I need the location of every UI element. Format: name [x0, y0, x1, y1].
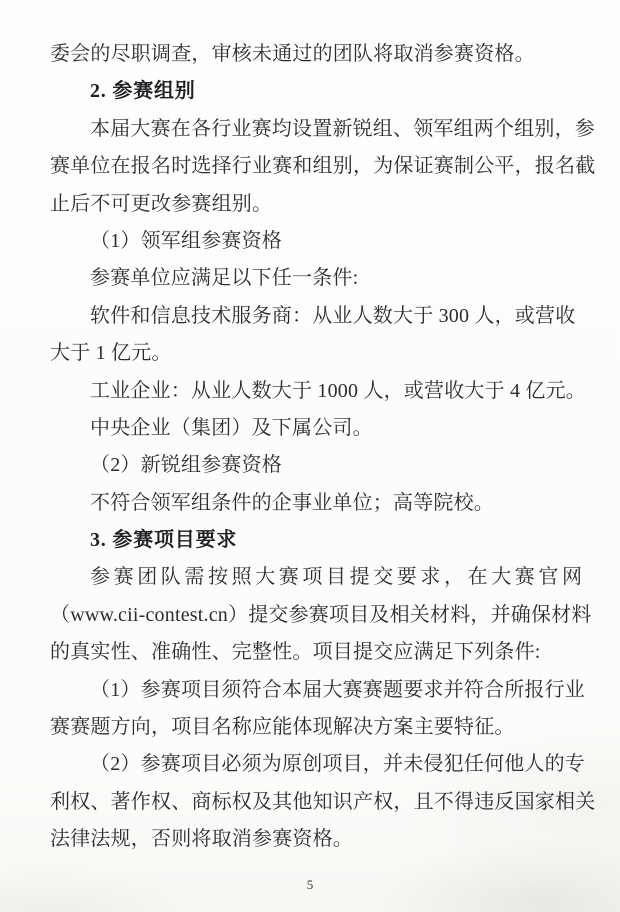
- text-line: 中央企业（集团）及下属公司。: [50, 410, 568, 447]
- page-number: 5: [307, 877, 314, 892]
- text-line: 法律法规，否则将取消参赛资格。: [50, 821, 568, 858]
- text-line: （www.cii-contest.cn）提交参赛项目及相关材料，并确保材料: [50, 597, 568, 634]
- text-line: 委会的尽职调查，审核未通过的团队将取消参赛资格。: [50, 36, 568, 73]
- text-line: 赛单位在报名时选择行业赛和组别，为保证赛制公平，报名截: [50, 148, 568, 185]
- text-line: 止后不可更改参赛组别。: [50, 186, 568, 223]
- section-heading: 3. 参赛项目要求: [50, 522, 568, 559]
- text-line: 参赛单位应满足以下任一条件:: [50, 260, 568, 297]
- text-line: （1）参赛项目须符合本届大赛赛题要求并符合所报行业: [50, 672, 568, 709]
- text-line: 赛赛题方向，项目名称应能体现解决方案主要特征。: [50, 709, 568, 746]
- text-line: 大于 1 亿元。: [50, 335, 568, 372]
- text-line: 软件和信息技术服务商：从业人数大于 300 人，或营收: [50, 298, 568, 335]
- text-line: 参赛团队需按照大赛项目提交要求，在大赛官网: [50, 559, 568, 596]
- document-page: 委会的尽职调查，审核未通过的团队将取消参赛资格。2. 参赛组别本届大赛在各行业赛…: [0, 0, 620, 912]
- text-line: 本届大赛在各行业赛均设置新锐组、领军组两个组别，参: [50, 111, 568, 148]
- text-line: 的真实性、准确性、完整性。项目提交应满足下列条件:: [50, 634, 568, 671]
- text-line: （1）领军组参赛资格: [50, 223, 568, 260]
- section-heading: 2. 参赛组别: [50, 73, 568, 110]
- page-footer: 5: [0, 876, 620, 894]
- text-line: （2）参赛项目必须为原创项目，并未侵犯任何他人的专: [50, 746, 568, 783]
- text-line: 工业企业：从业人数大于 1000 人，或营收大于 4 亿元。: [50, 373, 568, 410]
- text-line: 不符合领军组条件的企事业单位；高等院校。: [50, 485, 568, 522]
- text-line: （2）新锐组参赛资格: [50, 447, 568, 484]
- document-text-block: 委会的尽职调查，审核未通过的团队将取消参赛资格。2. 参赛组别本届大赛在各行业赛…: [50, 36, 568, 859]
- text-line: 利权、著作权、商标权及其他知识产权，且不得违反国家相关: [50, 784, 568, 821]
